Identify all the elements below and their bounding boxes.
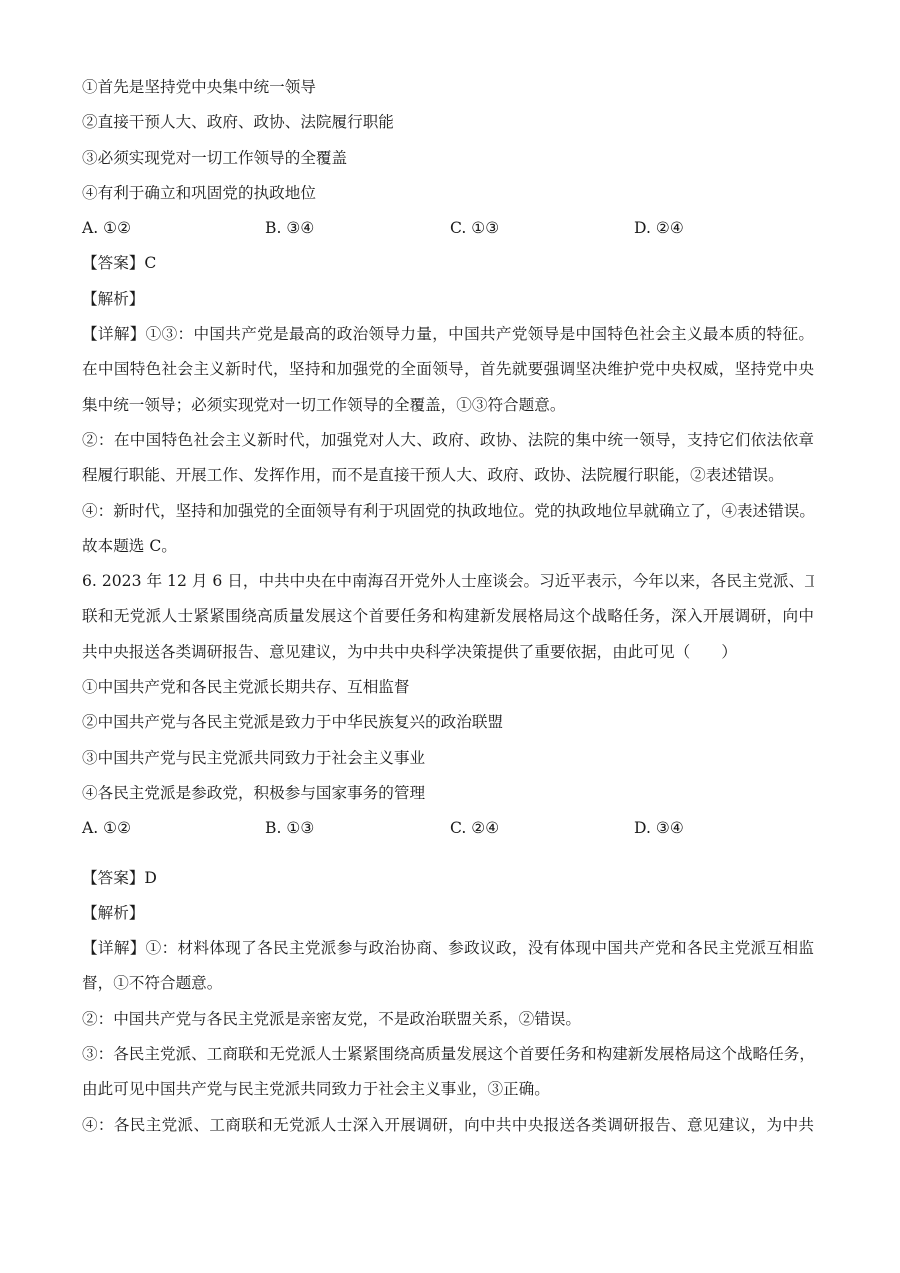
q5-statement-2: ②直接干预人大、政府、政协、法院履行职能 [82, 105, 814, 140]
q6-statement-1: ①中国共产党和各民主党派长期共存、互相监督 [82, 670, 814, 705]
q5-answer: 【答案】C [82, 246, 814, 281]
q5-option-c: C. ①③ [450, 211, 499, 246]
q6-explanation-line: ②：中国共产党与各民主党派是亲密友党，不是政治联盟关系，②错误。 [82, 1002, 814, 1037]
q5-explanation-line: 程履行职能、开展工作、发挥作用，而不是直接干预人大、政府、政协、法院履行职能，②… [82, 458, 814, 493]
q5-options: A. ①② B. ③④ C. ①③ D. ②④ [82, 211, 814, 246]
q6-option-c: C. ②④ [450, 811, 499, 846]
q6-stem-line: 6. 2023 年 12 月 6 日，中共中央在中南海召开党外人士座谈会。习近平… [82, 564, 814, 599]
q6-stem-line: 共中央报送各类调研报告、意见建议，为中共中央科学决策提供了重要依据，由此可见（ … [82, 635, 814, 670]
q6-stem-line: 联和无党派人士紧紧围绕高质量发展这个首要任务和构建新发展格局这个战略任务，深入开… [82, 599, 814, 634]
q5-explanation-line: 故本题选 C。 [82, 529, 814, 564]
q6-statement-4: ④各民主党派是参政党，积极参与国家事务的管理 [82, 776, 814, 811]
q6-explanation-line: ③：各民主党派、工商联和无党派人士紧紧围绕高质量发展这个首要任务和构建新发展格局… [82, 1037, 814, 1072]
q5-explanation-line: 在中国特色社会主义新时代，坚持和加强党的全面领导，首先就要强调坚决维护党中央权威… [82, 352, 814, 387]
q5-explanation-line: 【详解】①③：中国共产党是最高的政治领导力量，中国共产党领导是中国特色社会主义最… [82, 317, 814, 352]
q5-option-a: A. ①② [82, 211, 131, 246]
q5-statement-1: ①首先是坚持党中央集中统一领导 [82, 70, 814, 105]
q6-explanation-line: 【详解】①：材料体现了各民主党派参与政治协商、参政议政，没有体现中国共产党和各民… [82, 931, 814, 966]
q5-analysis-label: 【解析】 [82, 282, 814, 317]
q5-explanation: 【详解】①③：中国共产党是最高的政治领导力量，中国共产党领导是中国特色社会主义最… [82, 317, 814, 564]
q5-explanation-line: ②：在中国特色社会主义新时代，加强党对人大、政府、政协、法院的集中统一领导，支持… [82, 423, 814, 458]
q6-explanation-line: 由此可见中国共产党与民主党派共同致力于社会主义事业，③正确。 [82, 1072, 814, 1107]
document-page: ①首先是坚持党中央集中统一领导 ②直接干预人大、政府、政协、法院履行职能 ③必须… [82, 70, 814, 1143]
q6-statement-3: ③中国共产党与民主党派共同致力于社会主义事业 [82, 741, 814, 776]
q6-explanation: 【详解】①：材料体现了各民主党派参与政治协商、参政议政，没有体现中国共产党和各民… [82, 931, 814, 1143]
q6-option-b: B. ①③ [265, 811, 314, 846]
q5-statements: ①首先是坚持党中央集中统一领导 ②直接干预人大、政府、政协、法院履行职能 ③必须… [82, 70, 814, 211]
q5-option-b: B. ③④ [265, 211, 314, 246]
q5-option-d: D. ②④ [634, 211, 684, 246]
q5-explanation-line: ④：新时代，坚持和加强党的全面领导有利于巩固党的执政地位。党的执政地位早就确立了… [82, 494, 814, 529]
q6-statement-2: ②中国共产党与各民主党派是致力于中华民族复兴的政治联盟 [82, 705, 814, 740]
q6-analysis-label: 【解析】 [82, 896, 814, 931]
q6-explanation-line: 督，①不符合题意。 [82, 966, 814, 1001]
q6-option-d: D. ③④ [634, 811, 684, 846]
q5-statement-4: ④有利于确立和巩固党的执政地位 [82, 176, 814, 211]
q6-options: A. ①② B. ①③ C. ②④ D. ③④ [82, 811, 814, 846]
q6-explanation-line: ④：各民主党派、工商联和无党派人士深入开展调研，向中共中央报送各类调研报告、意见… [82, 1108, 814, 1143]
q5-explanation-line: 集中统一领导；必须实现党对一切工作领导的全覆盖，①③符合题意。 [82, 388, 814, 423]
q6-option-a: A. ①② [82, 811, 131, 846]
spacer [82, 847, 814, 861]
q5-statement-3: ③必须实现党对一切工作领导的全覆盖 [82, 141, 814, 176]
q6-stem: 6. 2023 年 12 月 6 日，中共中央在中南海召开党外人士座谈会。习近平… [82, 564, 814, 670]
q6-statements: ①中国共产党和各民主党派长期共存、互相监督 ②中国共产党与各民主党派是致力于中华… [82, 670, 814, 811]
q6-answer: 【答案】D [82, 861, 814, 896]
